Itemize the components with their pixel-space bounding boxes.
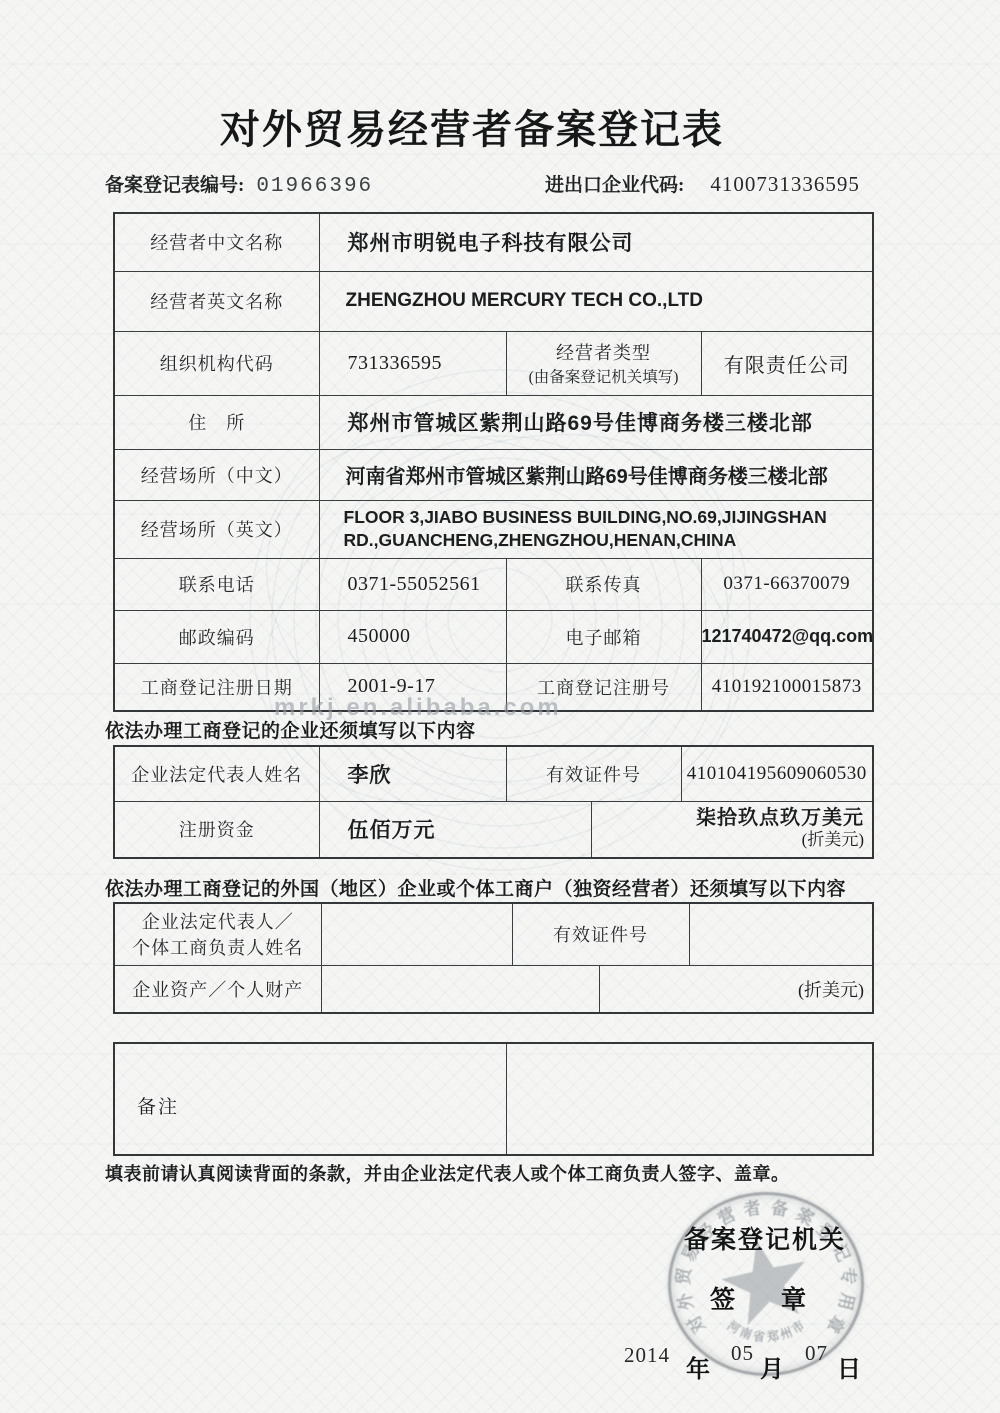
field-label: 组织机构代码 bbox=[114, 331, 319, 395]
row-domicile: 住 所 郑州市管城区紫荆山路69号佳博商务楼三楼北部 bbox=[114, 395, 873, 449]
row-postcode-email: 邮政编码 450000 电子邮箱 121740472@qq.com bbox=[114, 610, 873, 663]
row-registered-capital: 注册资金 伍佰万元 柒拾玖点玖万美元 (折美元) bbox=[114, 801, 873, 858]
field-label: 经营者类型 (由备案登记机关填写) bbox=[506, 331, 701, 395]
registration-number: 备案登记表编号:01966396 bbox=[105, 170, 373, 198]
field-value: 0371-66370079 bbox=[701, 558, 873, 610]
signature-seal-label: 签 章 bbox=[655, 1280, 875, 1316]
row-company-name-en: 经营者英文名称 ZHENGZHOU MERCURY TECH CO.,LTD bbox=[114, 271, 873, 331]
field-value: 731336595 bbox=[319, 331, 506, 395]
address-en-line1: FLOOR 3,JIABO BUSINESS BUILDING,NO.69,JI… bbox=[344, 506, 873, 529]
field-value: ZHENGZHOU MERCURY TECH CO.,LTD bbox=[319, 271, 873, 331]
remarks-label: 备注 bbox=[115, 1080, 506, 1119]
date-line: 2014 年 05 月 07 日 bbox=[600, 1340, 900, 1384]
date-day: 07 bbox=[805, 1341, 828, 1366]
registration-number-label: 备案登记表编号: bbox=[105, 175, 244, 196]
usd-conversion-note: (折美元) bbox=[599, 965, 873, 1013]
field-value: 410104195609060530 bbox=[681, 746, 873, 801]
field-value: FLOOR 3,JIABO BUSINESS BUILDING,NO.69,JI… bbox=[319, 500, 873, 558]
field-value-empty bbox=[689, 903, 873, 965]
field-label: 有效证件号 bbox=[512, 903, 689, 965]
remarks-cell-left: 备注 bbox=[114, 1043, 506, 1155]
row-legal-rep: 企业法定代表人姓名 李欣 有效证件号 410104195609060530 bbox=[114, 746, 873, 801]
field-value: 410192100015873 bbox=[701, 663, 873, 711]
date-month-label: 月 bbox=[760, 1349, 784, 1384]
field-label: 联系电话 bbox=[114, 558, 319, 610]
remarks-table: 备注 bbox=[113, 1042, 874, 1156]
field-value: 121740472@qq.com bbox=[701, 610, 873, 663]
field-value: 河南省郑州市管城区紫荆山路69号佳博商务楼三楼北部 bbox=[319, 449, 873, 500]
row-business-place-en: 经营场所（英文） FLOOR 3,JIABO BUSINESS BUILDING… bbox=[114, 500, 873, 558]
domestic-enterprise-table: 企业法定代表人姓名 李欣 有效证件号 410104195609060530 注册… bbox=[113, 745, 874, 859]
field-label: 电子邮箱 bbox=[506, 610, 701, 663]
row-org-code: 组织机构代码 731336595 经营者类型 (由备案登记机关填写) 有限责任公… bbox=[114, 331, 873, 395]
sign-char: 签 bbox=[710, 1280, 735, 1316]
field-value-empty bbox=[321, 965, 599, 1013]
import-export-code: 进出口企业代码:4100731336595 bbox=[545, 170, 860, 197]
seal-ring-char: 备 bbox=[769, 1193, 790, 1220]
row-foreign-legal-rep: 企业法定代表人／ 个体工商负责人姓名 有效证件号 bbox=[114, 903, 873, 965]
row-company-name-cn: 经营者中文名称 郑州市明锐电子科技有限公司 bbox=[114, 213, 873, 271]
document-page: 对外贸易经营者备案登记表 备案登记表编号:01966396 进出口企业代码:41… bbox=[0, 0, 1000, 1413]
row-enterprise-assets: 企业资产／个人财产 (折美元) bbox=[114, 965, 873, 1013]
date-day-label: 日 bbox=[837, 1349, 861, 1384]
date-year-label: 年 bbox=[686, 1349, 710, 1384]
page-title: 对外贸易经营者备案登记表 bbox=[0, 98, 944, 155]
field-value-empty bbox=[321, 903, 512, 965]
import-export-code-value: 4100731336595 bbox=[710, 172, 860, 196]
field-label: 经营者英文名称 bbox=[114, 271, 319, 331]
registration-authority-label: 备案登记机关 bbox=[655, 1220, 875, 1256]
operator-info-table: 经营者中文名称 郑州市明锐电子科技有限公司 经营者英文名称 ZHENGZHOU … bbox=[113, 212, 874, 712]
field-label: 住 所 bbox=[114, 395, 319, 449]
field-label: 注册资金 bbox=[114, 801, 319, 858]
field-label: 邮政编码 bbox=[114, 610, 319, 663]
field-value: 郑州市明锐电子科技有限公司 bbox=[319, 213, 873, 271]
field-value: 0371-55052561 bbox=[319, 558, 506, 610]
section2-title: 依法办理工商登记的外国（地区）企业或个体工商户（独资经营者）还须填写以下内容 bbox=[105, 874, 846, 901]
field-label: 有效证件号 bbox=[506, 746, 681, 801]
address-en-line2: RD.,GUANCHENG,ZHENGZHOU,HENAN,CHINA bbox=[344, 529, 873, 552]
field-label: 经营者中文名称 bbox=[114, 213, 319, 271]
field-label: 企业法定代表人姓名 bbox=[114, 746, 319, 801]
field-label: 企业法定代表人／ 个体工商负责人姓名 bbox=[114, 903, 321, 965]
footer-instruction: 填表前请认真阅读背面的条款，并由企业法定代表人或个体工商负责人签字、盖章。 bbox=[105, 1160, 790, 1186]
operator-type-sublabel: (由备案登记机关填写) bbox=[511, 365, 697, 387]
field-label: 企业资产／个人财产 bbox=[114, 965, 321, 1013]
field-value: 450000 bbox=[319, 610, 506, 663]
row-business-place-cn: 经营场所（中文） 河南省郑州市管城区紫荆山路69号佳博商务楼三楼北部 bbox=[114, 449, 873, 500]
row-remarks: 备注 bbox=[114, 1043, 873, 1155]
remarks-cell-right bbox=[506, 1043, 873, 1155]
section1-title: 依法办理工商登记的企业还须填写以下内容 bbox=[105, 716, 476, 743]
foreign-rep-label-line2: 个体工商负责人姓名 bbox=[119, 934, 317, 960]
date-month: 05 bbox=[731, 1341, 754, 1366]
field-value: 郑州市管城区紫荆山路69号佳博商务楼三楼北部 bbox=[319, 395, 873, 449]
import-export-code-label: 进出口企业代码: bbox=[545, 175, 684, 196]
field-value: 柒拾玖点玖万美元 (折美元) bbox=[591, 801, 873, 858]
registration-number-value: 01966396 bbox=[256, 175, 373, 198]
field-label: 经营场所（英文） bbox=[114, 500, 319, 558]
field-value: 伍佰万元 bbox=[319, 801, 591, 858]
field-label: 联系传真 bbox=[506, 558, 701, 610]
date-year: 2014 bbox=[624, 1343, 670, 1368]
foreign-enterprise-table: 企业法定代表人／ 个体工商负责人姓名 有效证件号 企业资产／个人财产 (折美元) bbox=[113, 902, 874, 1014]
field-label: 经营场所（中文） bbox=[114, 449, 319, 500]
row-phone-fax: 联系电话 0371-55052561 联系传真 0371-66370079 bbox=[114, 558, 873, 610]
foreign-rep-label-line1: 企业法定代表人／ bbox=[119, 908, 317, 934]
field-value: 有限责任公司 bbox=[701, 331, 873, 395]
field-value: 李欣 bbox=[319, 746, 506, 801]
operator-type-label: 经营者类型 bbox=[511, 339, 697, 365]
seal-char: 章 bbox=[781, 1280, 806, 1316]
